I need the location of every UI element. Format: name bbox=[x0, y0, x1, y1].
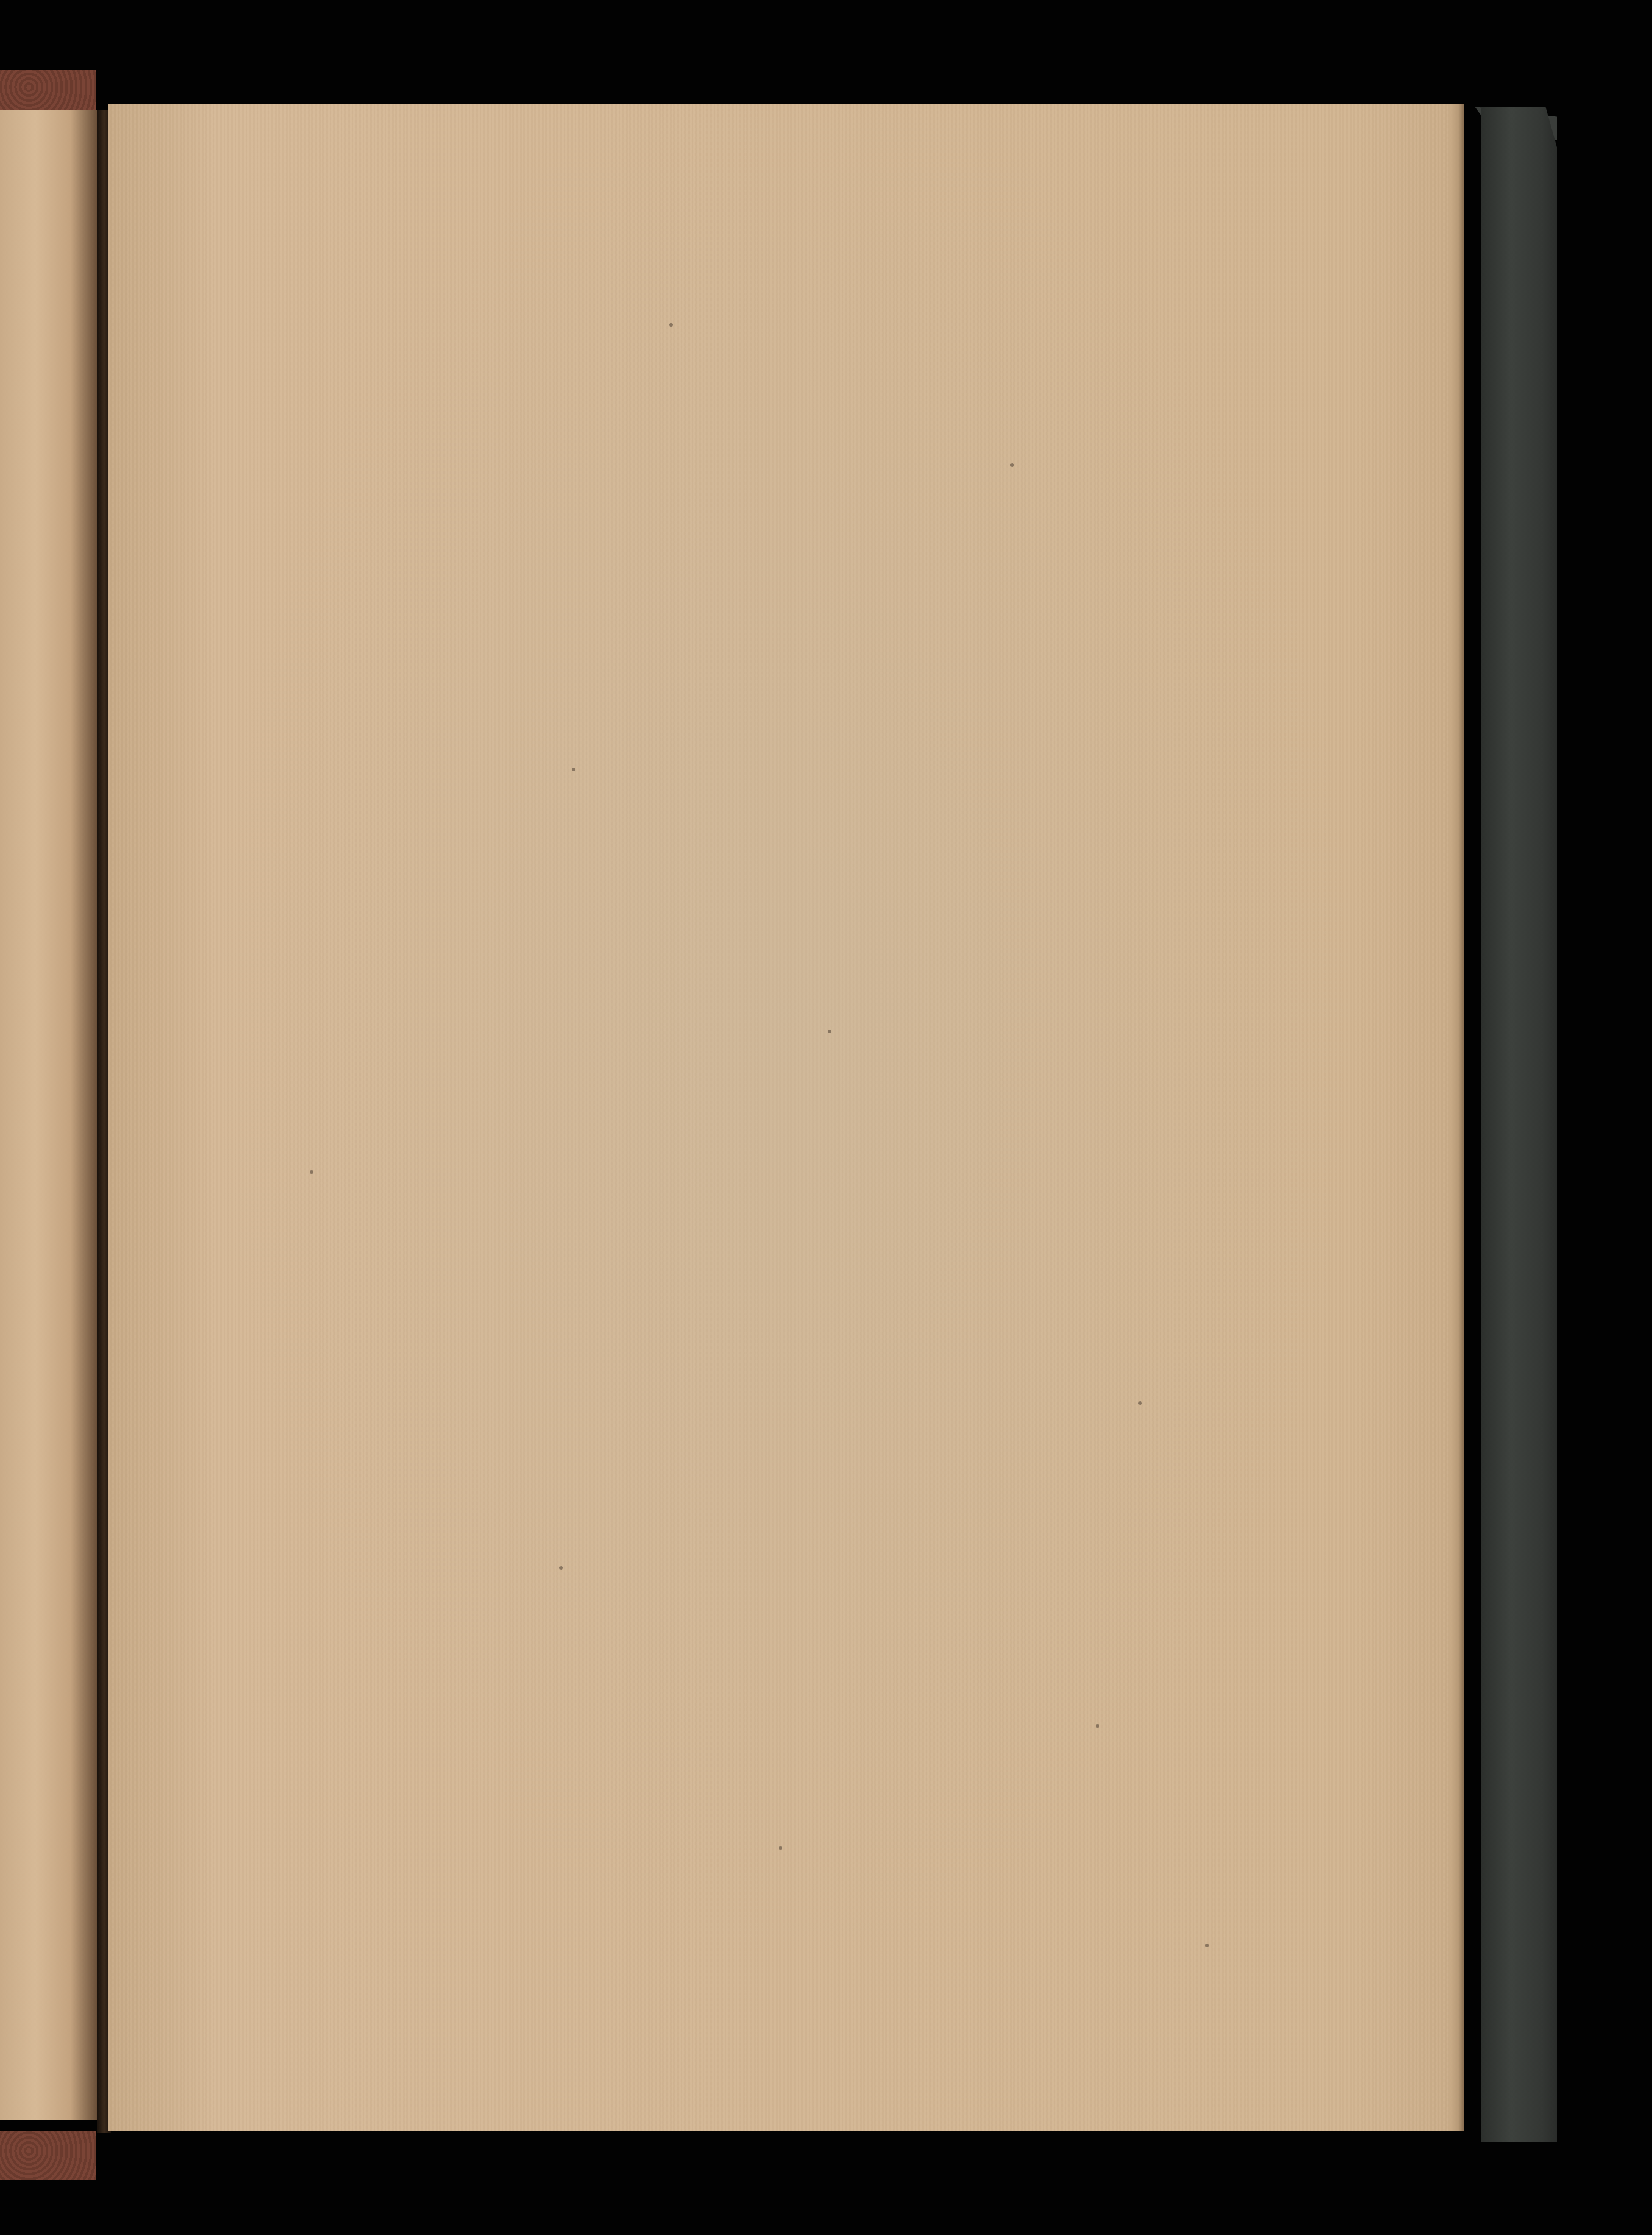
paper-speck bbox=[828, 1030, 831, 1033]
spine-cloth-bottom bbox=[0, 2131, 96, 2180]
previous-leaf-edge bbox=[0, 110, 101, 2120]
back-board bbox=[1481, 107, 1557, 2142]
paper-speck bbox=[559, 1566, 563, 1570]
paper-speck bbox=[1010, 463, 1014, 467]
page-fore-edge bbox=[1450, 104, 1464, 2131]
paper-speck bbox=[1096, 1724, 1099, 1728]
paper-speck bbox=[669, 323, 673, 327]
scan-background bbox=[0, 0, 1652, 2235]
spine-cloth-top bbox=[0, 70, 96, 113]
paper-speck bbox=[779, 1846, 782, 1850]
blank-page bbox=[108, 104, 1462, 2131]
paper-speck bbox=[1138, 1401, 1142, 1405]
paper-speck bbox=[1205, 1944, 1209, 1947]
paper-speck bbox=[572, 768, 575, 771]
paper-speck bbox=[310, 1170, 313, 1174]
